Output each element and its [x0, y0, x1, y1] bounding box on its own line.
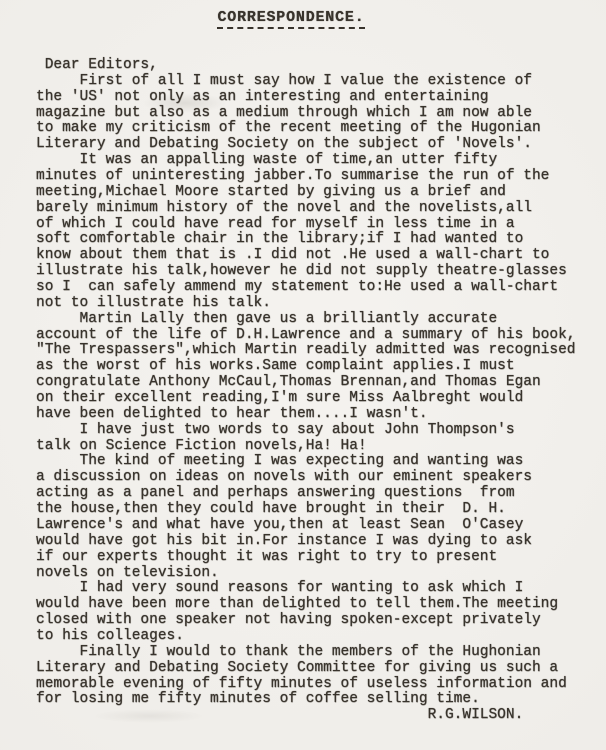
letter-line: Literary and Debating Society on the sub… — [36, 137, 576, 153]
letter-line: "The Trespassers",which Martin readily a… — [36, 343, 576, 359]
letter-line: as the worst of his works.Same complaint… — [36, 359, 576, 375]
letter-line: closed with one speaker not having spoke… — [36, 613, 576, 629]
letter-line: It was an appalling waste of time,an utt… — [36, 153, 576, 169]
page-title-text: CORRESPONDENCE. — [217, 9, 364, 29]
letter-line: meeting,Michael Moore started by giving … — [36, 185, 576, 201]
letter-line: know about them that is .I did not .He u… — [36, 248, 576, 264]
letter-line: for losing me fifty minutes of coffee se… — [36, 692, 576, 708]
letter-line: Literary and Debating Society Committee … — [36, 661, 576, 677]
letter-line: I had very sound reasons for wanting to … — [36, 581, 576, 597]
letter-line: on their excellent reading,I'm sure Miss… — [36, 391, 576, 407]
letter-line: if our experts thought it was right to t… — [36, 550, 576, 566]
letter-line: Dear Editors, — [36, 58, 576, 74]
letter-line: Martin Lally then gave us a brilliantly … — [36, 312, 576, 328]
signature: R.G.WILSON. — [36, 708, 576, 724]
page-title: CORRESPONDENCE. — [36, 8, 576, 32]
letter-line: to make my criticism of the recent meeti… — [36, 121, 576, 137]
letter-line: soft comfortable chair in the library;if… — [36, 232, 576, 248]
letter-line: minutes of uninteresting jabber.To summa… — [36, 169, 576, 185]
letter-line: would have got his bit in.For instance I… — [36, 534, 576, 550]
letter-line: First of all I must say how I value the … — [36, 74, 576, 90]
letter-line: I have just two words to say about John … — [36, 423, 576, 439]
letter-line: so I can safely ammend my statement to:H… — [36, 280, 576, 296]
letter-line: would have been more than delighted to t… — [36, 597, 576, 613]
letter-line: barely minimum history of the novel and … — [36, 201, 576, 217]
letter-line: Lawrence's and what have you,then at lea… — [36, 518, 576, 534]
letter-body: Dear Editors, First of all I must say ho… — [36, 58, 576, 708]
letter-line: acting as a panel and perhaps answering … — [36, 486, 576, 502]
letter-line: Finally I would to thank the members of … — [36, 645, 576, 661]
letter-line: memorable evening of fifty minutes of us… — [36, 677, 576, 693]
letter-line: The kind of meeting I was expecting and … — [36, 454, 576, 470]
letter-line: congratulate Anthony McCaul,Thomas Brenn… — [36, 375, 576, 391]
letter-line: not to illustrate his talk. — [36, 296, 576, 312]
letter-line: illustrate his talk,however he did not s… — [36, 264, 576, 280]
letter-line: a discussion on ideas on novels with our… — [36, 470, 576, 486]
letter-page: CORRESPONDENCE. Dear Editors, First of a… — [0, 0, 606, 750]
letter-line: novels on television. — [36, 566, 576, 582]
letter-line: the 'US' not only as an interesting and … — [36, 90, 576, 106]
letter-line: the house,then they could have brought i… — [36, 502, 576, 518]
letter-line: have been delighted to hear them....I wa… — [36, 407, 576, 423]
letter-line: to his colleages. — [36, 629, 576, 645]
